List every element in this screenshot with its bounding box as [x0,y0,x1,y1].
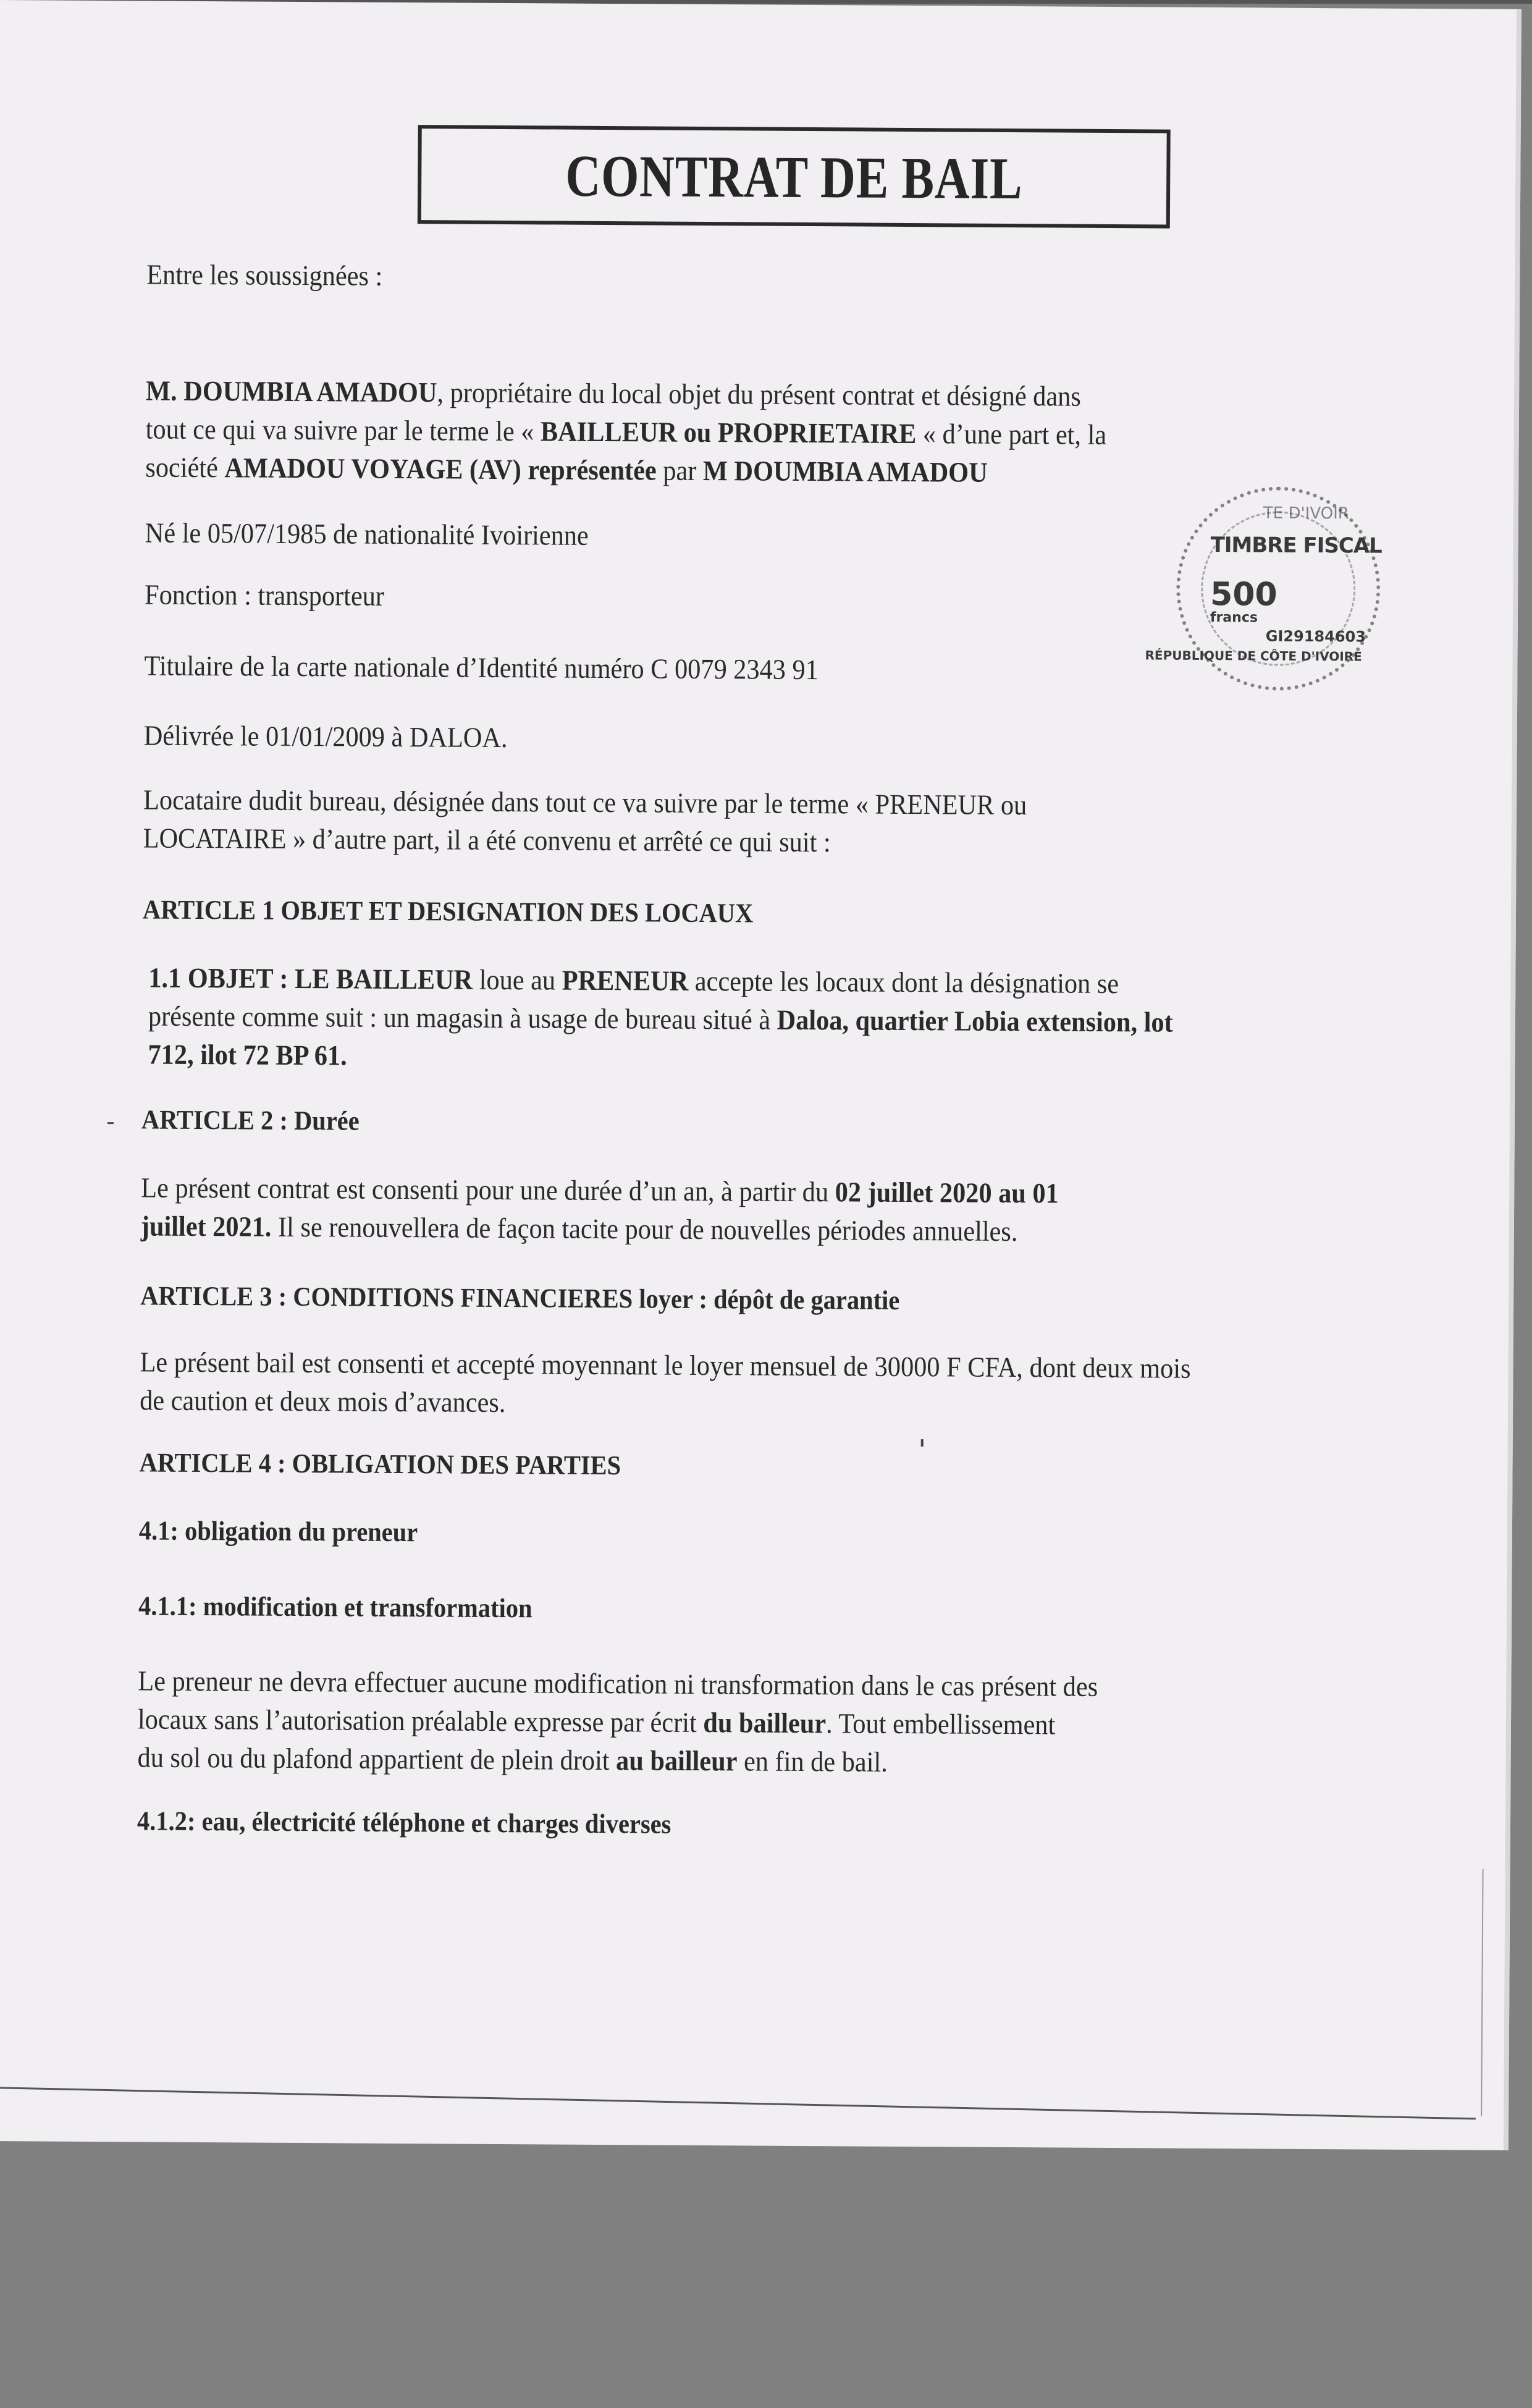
stamp-country: RÉPUBLIQUE DE CÔTE D'IVOIRE [1145,648,1362,664]
article-1-heading: ARTICLE 1 OBJET ET DESIGNATION DES LOCAU… [143,890,1211,936]
duration-text-1: Le présent contrat est consenti pour une… [141,1172,835,1207]
objet-line-3: 712, ilot 72 BP 61. [148,1038,347,1071]
tenant-line-2: LOCATAIRE » d’autre part, il a été conve… [143,822,831,858]
objet-preneur: PRENEUR [562,965,689,997]
article-2-paragraph: Le présent contrat est consenti pour une… [141,1168,1210,1252]
objet-text-1: loue au [473,964,562,996]
page-bottom-line [0,2087,1476,2119]
objet-label: 1.1 OBJET : LE BAILLEUR [148,961,473,995]
stamp-unit: francs [1210,610,1258,625]
document-page: CONTRAT DE BAIL Entre les soussignées : … [0,0,1521,2150]
owner-text-2a: tout ce qui va suivre par le terme le « [146,413,541,447]
rent-text-2: de caution et deux mois d’avances. [140,1384,506,1418]
stamp-value: 500 [1210,576,1277,614]
stamp-title: TIMBRE FISCAL [1211,533,1382,559]
article-4-1-heading: 4.1: obligation du preneur [139,1511,1208,1557]
issued-line: Délivrée le 01/01/2009 à DALOA. [144,716,1213,761]
title-box: CONTRAT DE BAIL [418,125,1171,228]
objet-text-2: accepte les locaux dont la désignation s… [688,965,1119,999]
modif-bailleur-1: du bailleur [703,1707,826,1739]
representative-name: M DOUMBIA AMADOU [703,455,988,488]
modif-line-1: Le preneur ne devra effectuer aucune mod… [138,1665,1098,1702]
stamp-serial: GI29184603 [1266,628,1366,646]
article-3-heading-a: ARTICLE 3 : CONDITIONS FINANCIERES [140,1280,633,1314]
article-3-heading: ARTICLE 3 : CONDITIONS FINANCIERES loyer… [140,1277,1209,1322]
modif-line-3c: en fin de bail. [737,1745,888,1777]
birth-line: Né le 05/07/1985 de nationalité Ivoirien… [145,513,1214,559]
company-name: AMADOU VOYAGE (AV) représentée [224,452,657,486]
owner-text-2b: « d’une part et, la [916,418,1106,450]
id-card-line: Titulaire de la carte nationale d’Identi… [144,646,1213,691]
objet-location: Daloa, quartier Lobia extension, lot [777,1004,1172,1038]
company-prefix: société [145,451,224,483]
company-by: par [657,455,704,486]
owner-text-1: , propriétaire du local objet du présent… [437,376,1081,412]
ink-speck [107,1122,114,1124]
modif-bailleur-2: au bailleur [616,1744,738,1776]
end-date-rest: juillet 2021. [141,1210,272,1242]
ink-speck [921,1439,924,1447]
duration-au: au [991,1177,1032,1209]
objet-line-2: présente comme suit : un magasin à usage… [148,1000,777,1035]
modif-line-2a: locaux sans l’autorisation préalable exp… [138,1703,704,1738]
article-3-paragraph: Le présent bail est consenti et accepté … [140,1343,1208,1426]
rent-text-1: Le présent bail est consenti et accepté … [140,1346,1190,1384]
owner-paragraph: M. DOUMBIA AMADOU, propriétaire du local… [145,371,1214,493]
stamp-arc-text: TE D'IVOIR [1263,504,1349,523]
page-margin-line [1481,1869,1483,2116]
modif-line-3a: du sol ou du plafond appartient de plein… [137,1741,616,1776]
article-4-1-1-heading: 4.1.1: modification et transformation [138,1587,1207,1632]
article-4-1-2-heading: 4.1.2: eau, électricité téléphone et cha… [137,1802,1206,1847]
article-1-paragraph: 1.1 OBJET : LE BAILLEUR loue au PRENEUR … [148,958,1217,1080]
owner-name: M. DOUMBIA AMADOU [146,374,437,408]
duration-text-2: Il se renouvellera de façon tacite pour … [271,1211,1017,1247]
owner-role: BAILLEUR ou PROPRIETAIRE [541,415,917,449]
start-date: 02 juillet 2020 [835,1176,992,1209]
tenant-paragraph: Locataire dudit bureau, désignée dans to… [143,780,1212,864]
function-line: Fonction : transporteur [145,575,1213,620]
article-2-heading: ARTICLE 2 : Durée [141,1100,1210,1146]
article-4-1-1-paragraph: Le preneur ne devra effectuer aucune mod… [137,1662,1206,1783]
fiscal-stamp: TE D'IVOIR TIMBRE FISCAL 500 francs GI29… [1132,486,1393,691]
article-4-heading: ARTICLE 4 : OBLIGATION DES PARTIES [139,1443,1208,1489]
end-date-day: 01 [1032,1177,1059,1209]
article-3-heading-b: loyer : dépôt de garantie [633,1283,899,1316]
tenant-line-1: Locataire dudit bureau, désignée dans to… [143,784,1027,821]
document-title: CONTRAT DE BAIL [565,141,1023,213]
modif-line-2c: . Tout embellissement [826,1707,1056,1740]
intro-text: Entre les soussignées : [146,255,1215,300]
